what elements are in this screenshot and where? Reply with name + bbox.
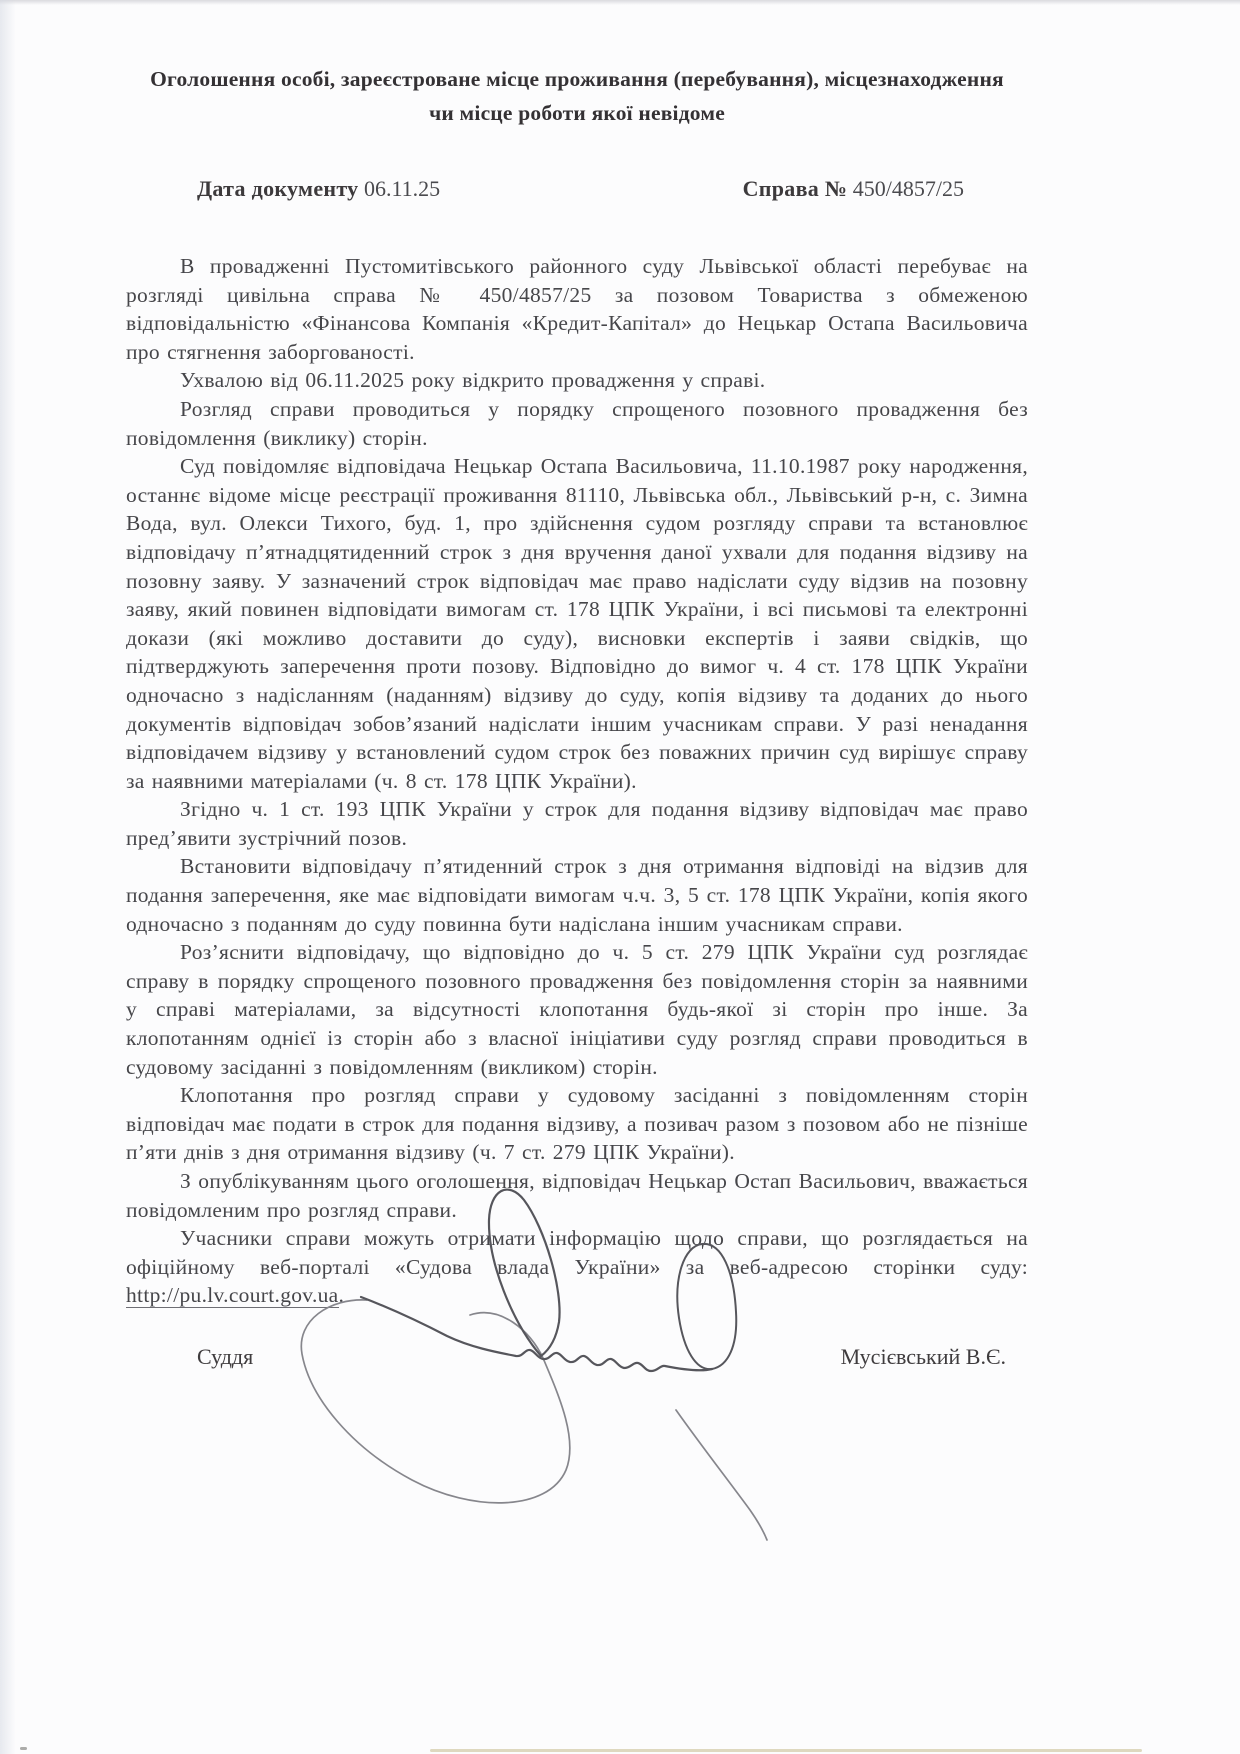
paragraph-participants-info: Учасники справи можуть отримати інформац…: [126, 1224, 1028, 1310]
case-label: Справа №: [743, 176, 848, 201]
document-date: Дата документу 06.11.25: [197, 176, 440, 202]
scan-edge-top: [0, 0, 1240, 5]
last-paragraph-period: .: [339, 1283, 345, 1307]
scanned-court-document-page: Оголошення особі, зареєстроване місце пр…: [0, 0, 1240, 1754]
paragraph: Суд повідомляє відповідача Нецькар Остап…: [126, 452, 1028, 795]
paragraph: Розгляд справи проводиться у порядку спр…: [126, 395, 1028, 452]
case-value: 450/4857/25: [853, 176, 964, 201]
date-label: Дата документу: [197, 176, 359, 201]
paragraph: З опублікуванням цього оголошення, відпо…: [126, 1167, 1028, 1224]
scan-edge-bottom: [430, 1749, 1142, 1752]
date-value: 06.11.25: [364, 176, 440, 201]
paragraph: В провадженні Пустомитівського районного…: [126, 252, 1028, 366]
paragraph: Клопотання про розгляд справи у судовому…: [126, 1081, 1028, 1167]
judge-label: Суддя: [197, 1344, 253, 1370]
signature-row: Суддя Мусієвський В.Є.: [126, 1344, 1028, 1370]
document-title: Оголошення особі, зареєстроване місце пр…: [126, 62, 1028, 130]
scan-speck: [20, 1747, 27, 1750]
judge-name: Мусієвський В.Є.: [841, 1344, 1006, 1370]
document-title-line1: Оголошення особі, зареєстроване місце пр…: [126, 62, 1028, 96]
court-url: http://pu.lv.court.gov.ua: [126, 1283, 339, 1308]
meta-row: Дата документу 06.11.25 Справа № 450/485…: [126, 176, 1028, 202]
paragraph: Встановити відповідачу п’ятиденний строк…: [126, 852, 1028, 938]
signature-diagonal-tail: [676, 1410, 767, 1540]
last-paragraph-text: Учасники справи можуть отримати інформац…: [126, 1226, 1028, 1279]
document-content-area: Оголошення особі, зареєстроване місце пр…: [0, 62, 1240, 1370]
paragraphs: В провадженні Пустомитівського районного…: [126, 252, 1028, 1224]
paragraph: Ухвалою від 06.11.2025 року відкрито про…: [126, 366, 1028, 395]
paragraph: Роз’яснити відповідачу, що відповідно до…: [126, 938, 1028, 1081]
document-title-line2: чи місце роботи якої невідоме: [126, 96, 1028, 130]
paragraph: Згідно ч. 1 ст. 193 ЦПК України у строк …: [126, 795, 1028, 852]
case-number: Справа № 450/4857/25: [743, 176, 964, 202]
document-body: В провадженні Пустомитівського районного…: [126, 252, 1028, 1310]
